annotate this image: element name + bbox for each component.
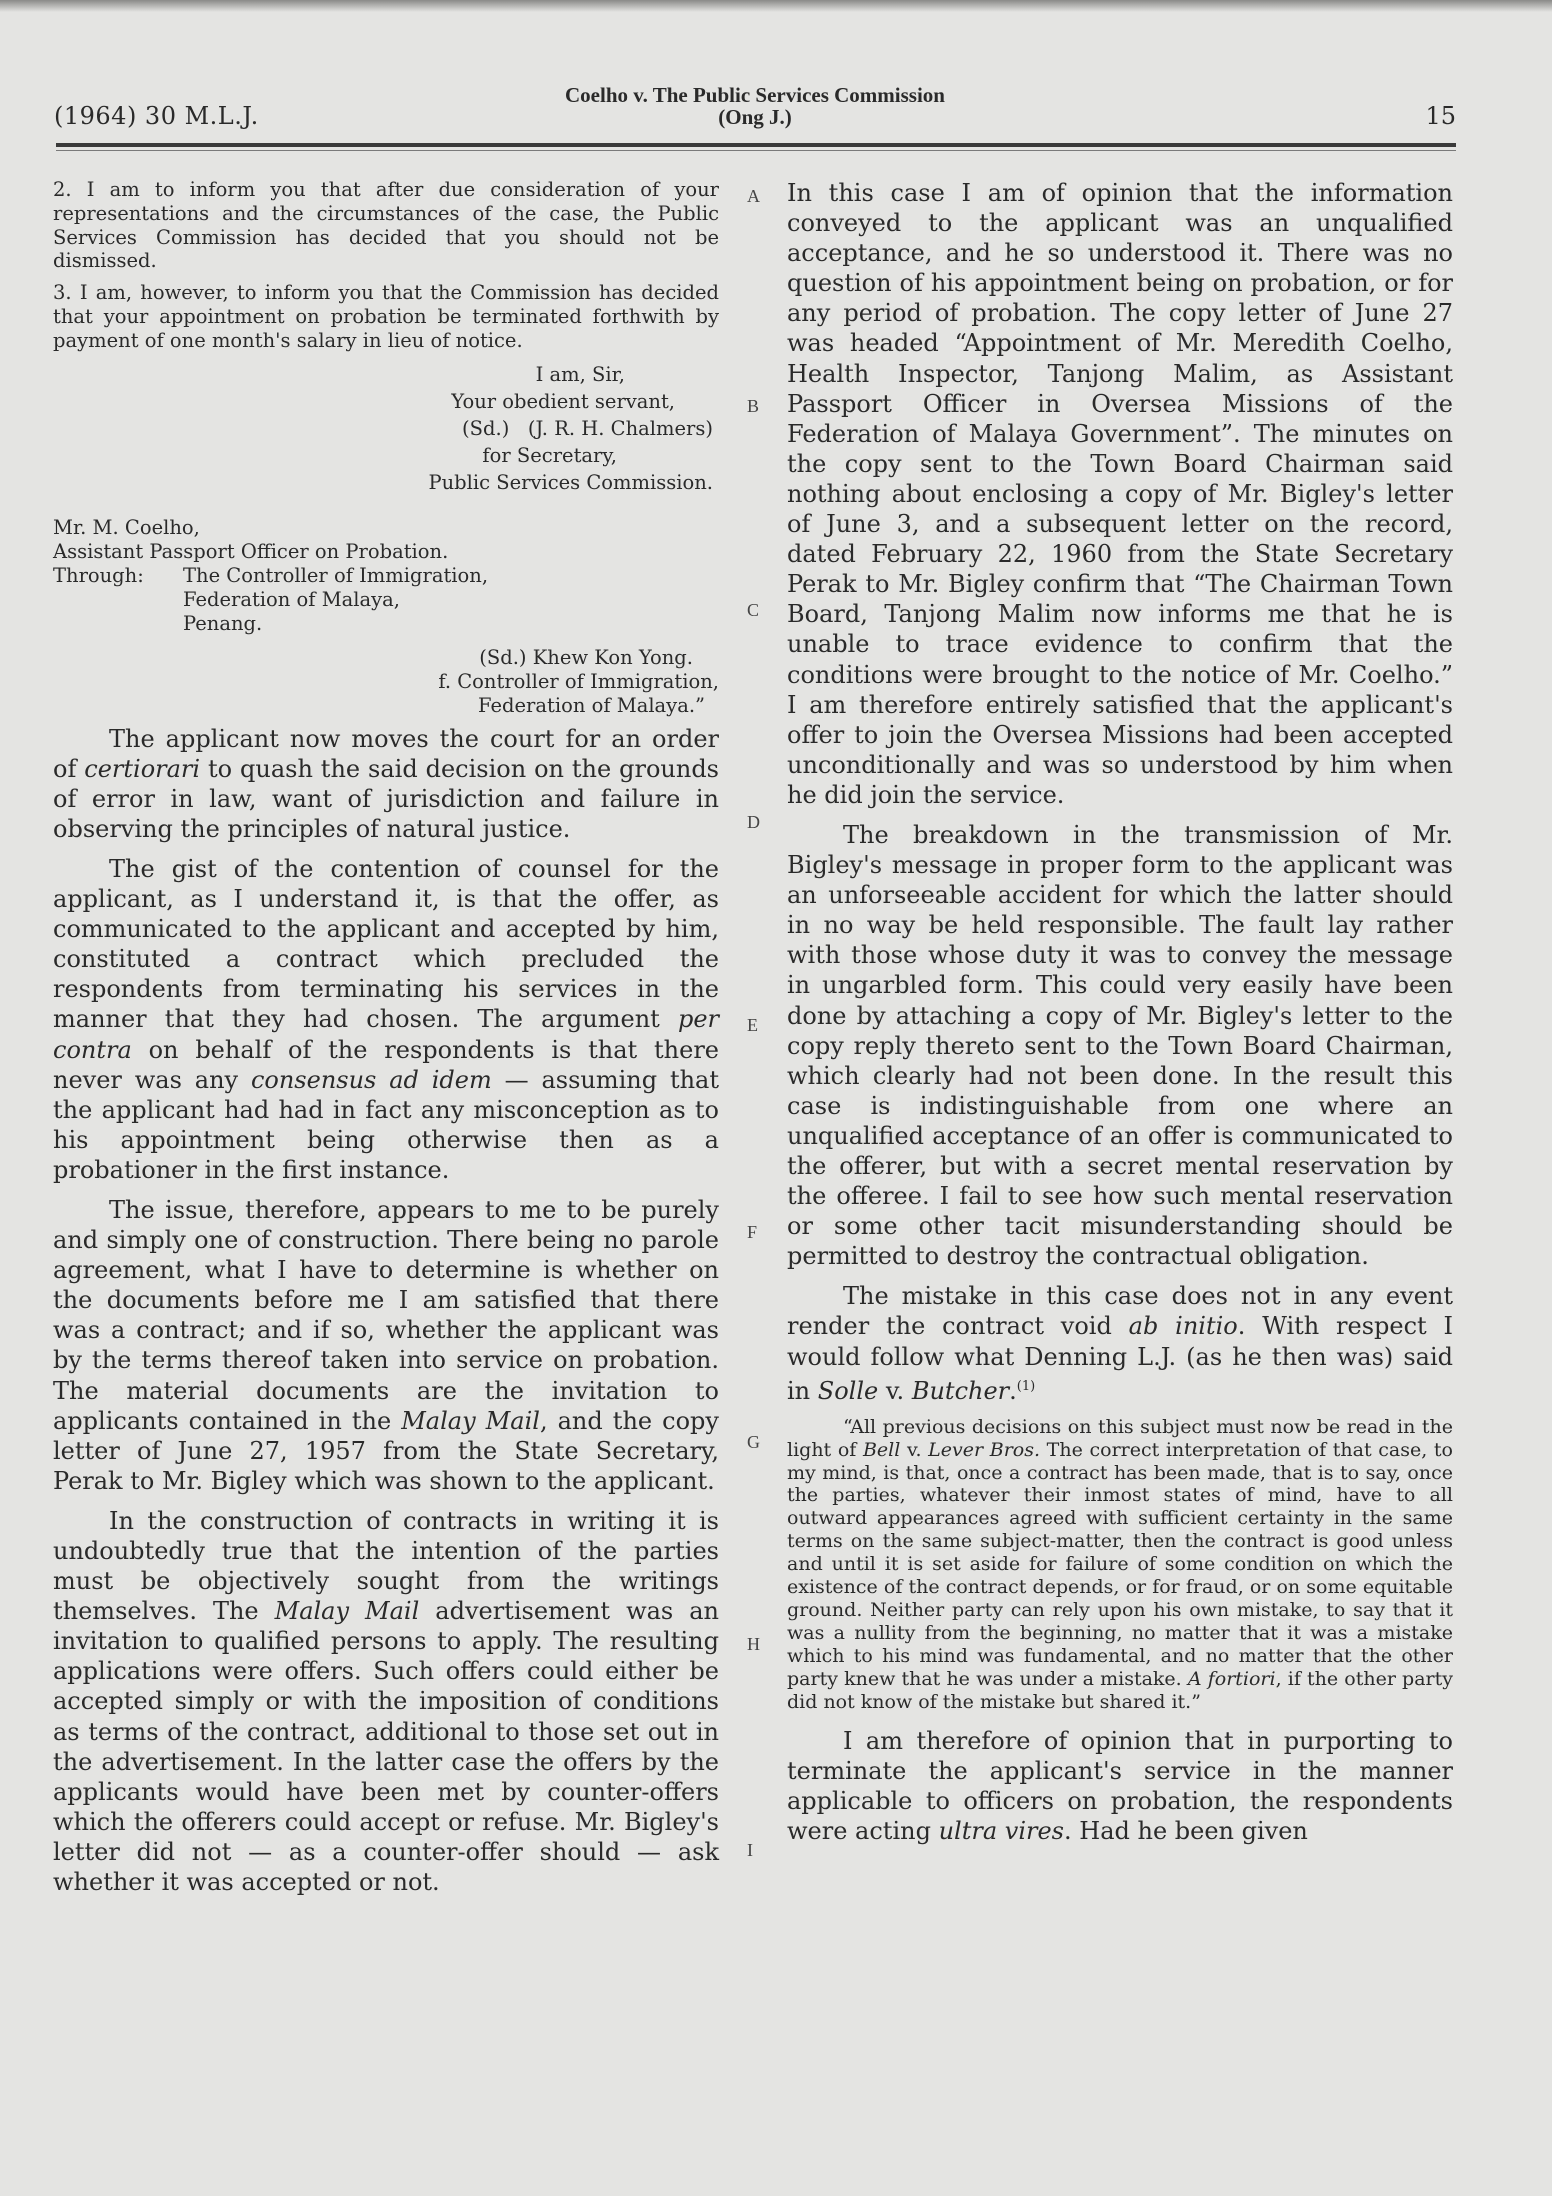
header-rule-thin (56, 150, 1456, 151)
margin-letter-i: I (747, 1840, 753, 1861)
latin-term: ab initio (1129, 1312, 1238, 1340)
addressee: Mr. M. Coelho, (53, 516, 719, 540)
margin-letter-d: D (747, 812, 760, 833)
second-signature: (Sd.) Khew Kon Yong. f. Controller of Im… (53, 646, 719, 718)
letter-paragraph-2: 2. I am to inform you that after due con… (53, 178, 719, 273)
paragraph-conclusion: I am therefore of opinion that in purpor… (787, 1726, 1453, 1846)
closing-line: for Secretary, (53, 442, 617, 469)
through-line: Federation of Malaya, (183, 588, 488, 612)
signature-line: Federation of Malaya.” (53, 694, 705, 718)
paragraph-opinion: In this case I am of opinion that the in… (787, 178, 1453, 810)
case-title: Coelho v. The Public Services Commission (54, 84, 1456, 106)
block-quote-denning: “All previous decisions on this subject … (787, 1416, 1453, 1714)
signature-line: f. Controller of Immigration, (53, 670, 719, 694)
case-name: Lever Bros. (928, 1439, 1040, 1461)
quoted-letter: 2. I am to inform you that after due con… (53, 178, 719, 353)
margin-letter-b: B (747, 396, 759, 417)
footnote-ref: (1) (1017, 1379, 1035, 1394)
page-edge-shadow (0, 0, 1552, 12)
paragraph-issue: The issue, therefore, appears to me to b… (53, 1195, 719, 1496)
case-name: Butcher (912, 1377, 1009, 1405)
letter-paragraph-3: 3. I am, however, to inform you that the… (53, 281, 719, 352)
latin-term: certiorari (84, 755, 200, 783)
left-column: 2. I am to inform you that after due con… (53, 178, 719, 1897)
publication-name: Malay Mail (401, 1407, 540, 1435)
through-lines: The Controller of Immigration, Federatio… (183, 564, 488, 636)
closing-line: Public Services Commission. (53, 469, 713, 496)
closing-line: I am, Sir, (53, 361, 625, 388)
paragraph-mistake: The mistake in this case does not in any… (787, 1281, 1453, 1405)
letter-address: Mr. M. Coelho, Assistant Passport Office… (53, 516, 719, 636)
judge-name: (Ong J.) (54, 106, 1456, 128)
paragraph-certiorari: The applicant now moves the court for an… (53, 724, 719, 844)
addressee-title: Assistant Passport Officer on Probation. (53, 540, 719, 564)
page-number: 15 (1425, 102, 1456, 130)
paragraph-construction: In the construction of contracts in writ… (53, 1506, 719, 1897)
case-name: Solle (818, 1377, 878, 1405)
case-title-block: Coelho v. The Public Services Commission… (54, 84, 1456, 128)
latin-term: consensus ad idem (251, 1066, 492, 1094)
through-line: Penang. (183, 612, 488, 636)
margin-letter-e: E (747, 1015, 758, 1036)
through-block: Through: The Controller of Immigration, … (53, 564, 719, 636)
signature-line: (Sd.) Khew Kon Yong. (53, 646, 693, 670)
closing-line: Your obedient servant, (53, 388, 675, 415)
margin-letter-g: G (747, 1432, 760, 1453)
right-column: In this case I am of opinion that the in… (787, 178, 1453, 1846)
letter-closing: I am, Sir, Your obedient servant, (Sd.) … (53, 361, 719, 496)
publication-name: Malay Mail (275, 1597, 420, 1625)
paragraph-breakdown: The breakdown in the transmission of Mr.… (787, 820, 1453, 1271)
through-label: Through: (53, 564, 183, 636)
margin-letter-h: H (747, 1634, 760, 1655)
running-header: (1964) 30 M.L.J. Coelho v. The Public Se… (54, 82, 1456, 142)
margin-letter-f: F (747, 1222, 757, 1243)
closing-line: (Sd.) (J. R. H. Chalmers) (53, 415, 713, 442)
margin-letter-c: C (747, 600, 759, 621)
latin-term: ultra vires (939, 1817, 1064, 1845)
case-name: Bell (863, 1439, 900, 1461)
paragraph-gist: The gist of the contention of counsel fo… (53, 854, 719, 1185)
header-rule-thick (56, 143, 1456, 147)
through-line: The Controller of Immigration, (183, 564, 488, 588)
latin-term: A fortiori (1188, 1668, 1276, 1690)
margin-letter-a: A (747, 186, 760, 207)
